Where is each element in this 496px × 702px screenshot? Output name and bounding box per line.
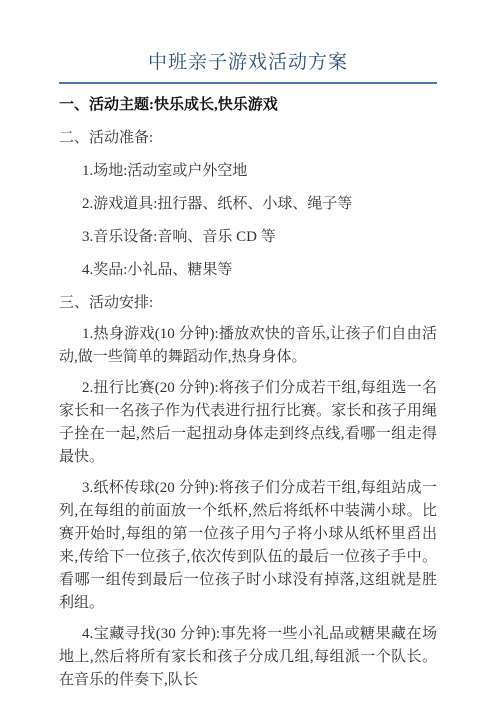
preparation-item-music: 3.音乐设备:音响、音乐 CD 等 (59, 226, 437, 249)
preparation-item-prizes: 4.奖品:小礼品、糖果等 (59, 259, 437, 282)
preparation-item-props: 2.游戏道具:扭行器、纸杯、小球、绳子等 (59, 193, 437, 216)
document-title: 中班亲子游戏活动方案 (59, 0, 437, 84)
schedule-paragraph-warmup: 1.热身游戏(10 分钟):播放欢快的音乐,让孩子们自由活动,做一些简单的舞蹈动… (59, 323, 437, 369)
theme-heading: 一、活动主题:快乐成长,快乐游戏 (59, 94, 437, 117)
schedule-paragraph-twist-race: 2.扭行比赛(20 分钟):将孩子们分成若干组,每组选一名家长和一名孩子作为代表… (59, 377, 437, 469)
schedule-paragraph-treasure-hunt: 4.宝藏寻找(30 分钟):事先将一些小礼品或糖果藏在场地上,然后将所有家长和孩… (59, 623, 437, 692)
document-content: 中班亲子游戏活动方案 一、活动主题:快乐成长,快乐游戏 二、活动准备: 1.场地… (0, 0, 496, 692)
preparation-heading: 二、活动准备: (59, 127, 437, 150)
schedule-paragraph-cup-ball: 3.纸杯传球(20 分钟):将孩子们分成若干组,每组站成一列,在每组的前面放一个… (59, 477, 437, 615)
document-page: 中班亲子游戏活动方案 一、活动主题:快乐成长,快乐游戏 二、活动准备: 1.场地… (0, 0, 496, 702)
preparation-item-venue: 1.场地:活动室或户外空地 (59, 160, 437, 183)
schedule-heading: 三、活动安排: (59, 292, 437, 315)
